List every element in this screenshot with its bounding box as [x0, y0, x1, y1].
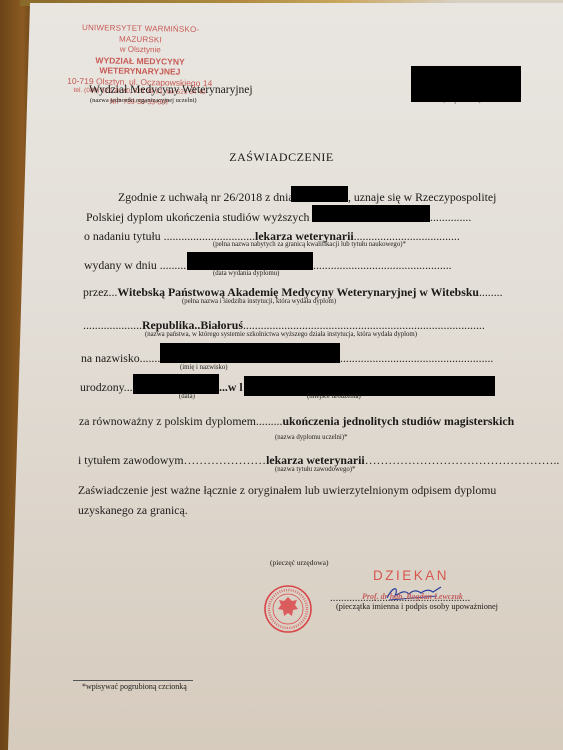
redaction-diploma-number — [312, 205, 430, 222]
validity-line-1: Zaświadczenie jest ważne łącznie z orygi… — [78, 483, 496, 498]
born-date-caption: (data) — [179, 393, 195, 400]
redaction-resolution-date — [291, 186, 348, 202]
equiv-value: ukończenia jednolitych studiów magisters… — [282, 414, 514, 428]
institution-name: Witebską Państwową Akademię Medycyny Wet… — [117, 285, 479, 299]
letterhead-university: UNIWERSYTET WARMIŃSKO-MAZURSKI — [60, 23, 220, 47]
born-place-caption: (miejsce urodzenia) — [307, 393, 361, 400]
title-caption: (pełna nazwa nabytych za granicą kwalifi… — [213, 241, 406, 248]
letterhead-faculty: WYDZIAŁ MEDYCYNY WETERYNARYJNEJ — [60, 54, 220, 78]
issued-caption: (data wydania dyplomu) — [213, 270, 279, 277]
issued-suffix: ........................................… — [313, 258, 452, 273]
footnote: *wpisywać pogrubioną czcionką — [82, 682, 187, 691]
signatory-name: Prof. dr hab. Bogdan Lewczuk — [362, 592, 463, 601]
prof-suffix: ………………………………………….. — [365, 453, 560, 467]
resolution-suffix: , uznaje się w Rzeczypospolitej — [348, 190, 496, 205]
by-suffix: ........ — [479, 285, 503, 299]
diploma-suffix: .............. — [430, 210, 471, 225]
unit-name: Wydział Medycyny Weterynaryjnej — [89, 84, 253, 96]
certificate-page: UNIWERSYTET WARMIŃSKO-MAZURSKI w Olsztyn… — [0, 0, 563, 750]
redaction-birth-date — [133, 374, 219, 394]
country-value: Republika..Białoruś — [142, 318, 243, 332]
name-prefix: na nazwisko....... — [81, 351, 160, 366]
country-suffix: ........................................… — [243, 318, 485, 332]
country-prefix: .................... — [83, 318, 142, 332]
redaction-name — [160, 343, 340, 363]
equiv-prefix: za równoważny z polskim dyplomem........… — [79, 414, 282, 428]
equivalent-line: za równoważny z polskim dyplomem........… — [79, 414, 514, 429]
name-suffix: ........................................… — [340, 351, 493, 366]
resolution-prefix: Zgodnie z uchwałą nr 26/2018 z dnia — [118, 190, 294, 205]
by-prefix: przez... — [83, 285, 117, 299]
seal-caption: (pieczęć urzędowa) — [270, 558, 329, 567]
born-prefix: urodzony... — [80, 380, 133, 395]
born-mid: ...w l — [219, 380, 243, 395]
signatory-caption: (pieczątka imienna i podpis osoby upoważ… — [336, 602, 498, 611]
unit-caption: (nazwa jednostki organizacyjnej uczelni) — [90, 97, 197, 104]
redaction-issue-date — [187, 252, 313, 270]
prof-value: lekarza weterynarii — [266, 453, 365, 467]
diploma-prefix: Polskiej dyplom ukończenia studiów wyższ… — [86, 210, 328, 225]
dean-stamp: DZIEKAN — [373, 568, 449, 583]
institution-caption: (pełna nazwa i siedziba instytucji, któr… — [182, 298, 336, 305]
validity-line-2: uzyskanego za granicą. — [78, 503, 188, 518]
country-caption: (nazwa państwa, w którego systemie szkol… — [145, 331, 417, 338]
redaction-place-date — [411, 66, 521, 102]
equiv-caption: (nazwa dyplomu uczelni)* — [275, 434, 347, 441]
document-title: ZAŚWIADCZENIE — [0, 150, 563, 165]
official-seal-icon — [263, 584, 313, 634]
prof-prefix: i tytułem zawodowym………………… — [78, 453, 266, 467]
name-caption: (imię i nazwisko) — [180, 364, 228, 371]
redaction-birth-place — [244, 376, 495, 396]
issued-prefix: wydany w dniu ......... — [84, 258, 186, 273]
prof-caption: (nazwa tytułu zawodowego)* — [275, 466, 355, 473]
footnote-divider — [73, 680, 193, 681]
